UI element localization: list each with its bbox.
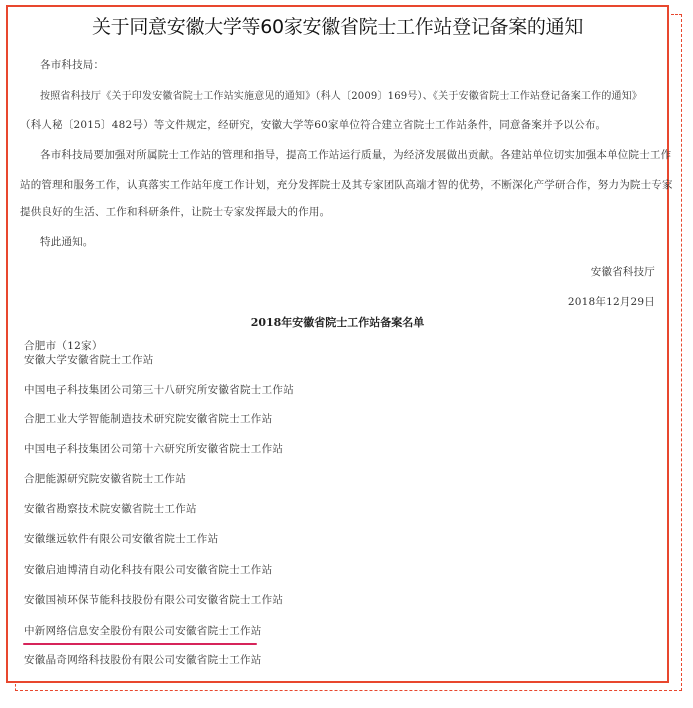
shadow-frame-dashed-right [681, 14, 682, 691]
highlight-underline [23, 643, 257, 645]
list-item: 合肥工业大学智能制造技术研究院安徽省院士工作站 [24, 411, 272, 426]
list-item: 合肥能源研究院安徽省院士工作站 [24, 471, 186, 486]
list-item: 安徽国祯环保节能科技股份有限公司安徽省院士工作站 [24, 592, 283, 607]
salutation: 各市科技局： [40, 57, 104, 72]
paragraph-1-line-1: 按照省科技厅《关于印发安徽省院士工作站实施意见的通知》（科人〔2009〕169号… [40, 87, 642, 102]
closing-text: 特此通知。 [40, 234, 94, 249]
list-item: 中国电子科技集团公司第十六研究所安徽省院士工作站 [24, 441, 283, 456]
list-title: 2018年安徽省院士工作站备案名单 [8, 314, 667, 330]
signature: 安徽省科技厅 [440, 264, 655, 279]
list-item: 安徽启迪博清自动化科技有限公司安徽省院士工作站 [24, 562, 272, 577]
paragraph-1-line-2: （科人秘〔2015〕482号）等文件规定，经研究，安徽大学等60家单位符合建立省… [20, 117, 606, 132]
list-item: 安徽晶奇网络科技股份有限公司安徽省院士工作站 [24, 652, 262, 667]
shadow-frame-dashed-left [15, 684, 16, 691]
paragraph-2-line-2: 站的管理和服务工作，认真落实工作站年度工作计划，充分发挥院士及其专家团队高端才智… [20, 177, 673, 192]
date: 2018年12月29日 [440, 294, 655, 309]
city-heading: 合肥市（12家） [24, 338, 103, 353]
document-frame [6, 5, 669, 683]
list-item: 安徽继远软件有限公司安徽省院士工作站 [24, 531, 218, 546]
list-item: 安徽大学安徽省院士工作站 [24, 352, 154, 367]
document-title: 关于同意安徽大学等60家安徽省院士工作站登记备案的通知 [8, 12, 667, 39]
paragraph-2-line-1: 各市科技局要加强对所属院士工作站的管理和指导，提高工作站运行质量，为经济发展做出… [40, 147, 671, 162]
list-item: 中国电子科技集团公司第三十八研究所安徽省院士工作站 [24, 382, 294, 397]
paragraph-2-line-3: 提供良好的生活、工作和科研条件，让院士专家发挥最大的作用。 [20, 204, 330, 219]
list-item: 安徽省勘察技术院安徽省院士工作站 [24, 501, 197, 516]
shadow-frame-dashed-bottom [15, 690, 682, 691]
list-item-highlighted: 中新网络信息安全股份有限公司安徽省院士工作站 [24, 623, 262, 638]
